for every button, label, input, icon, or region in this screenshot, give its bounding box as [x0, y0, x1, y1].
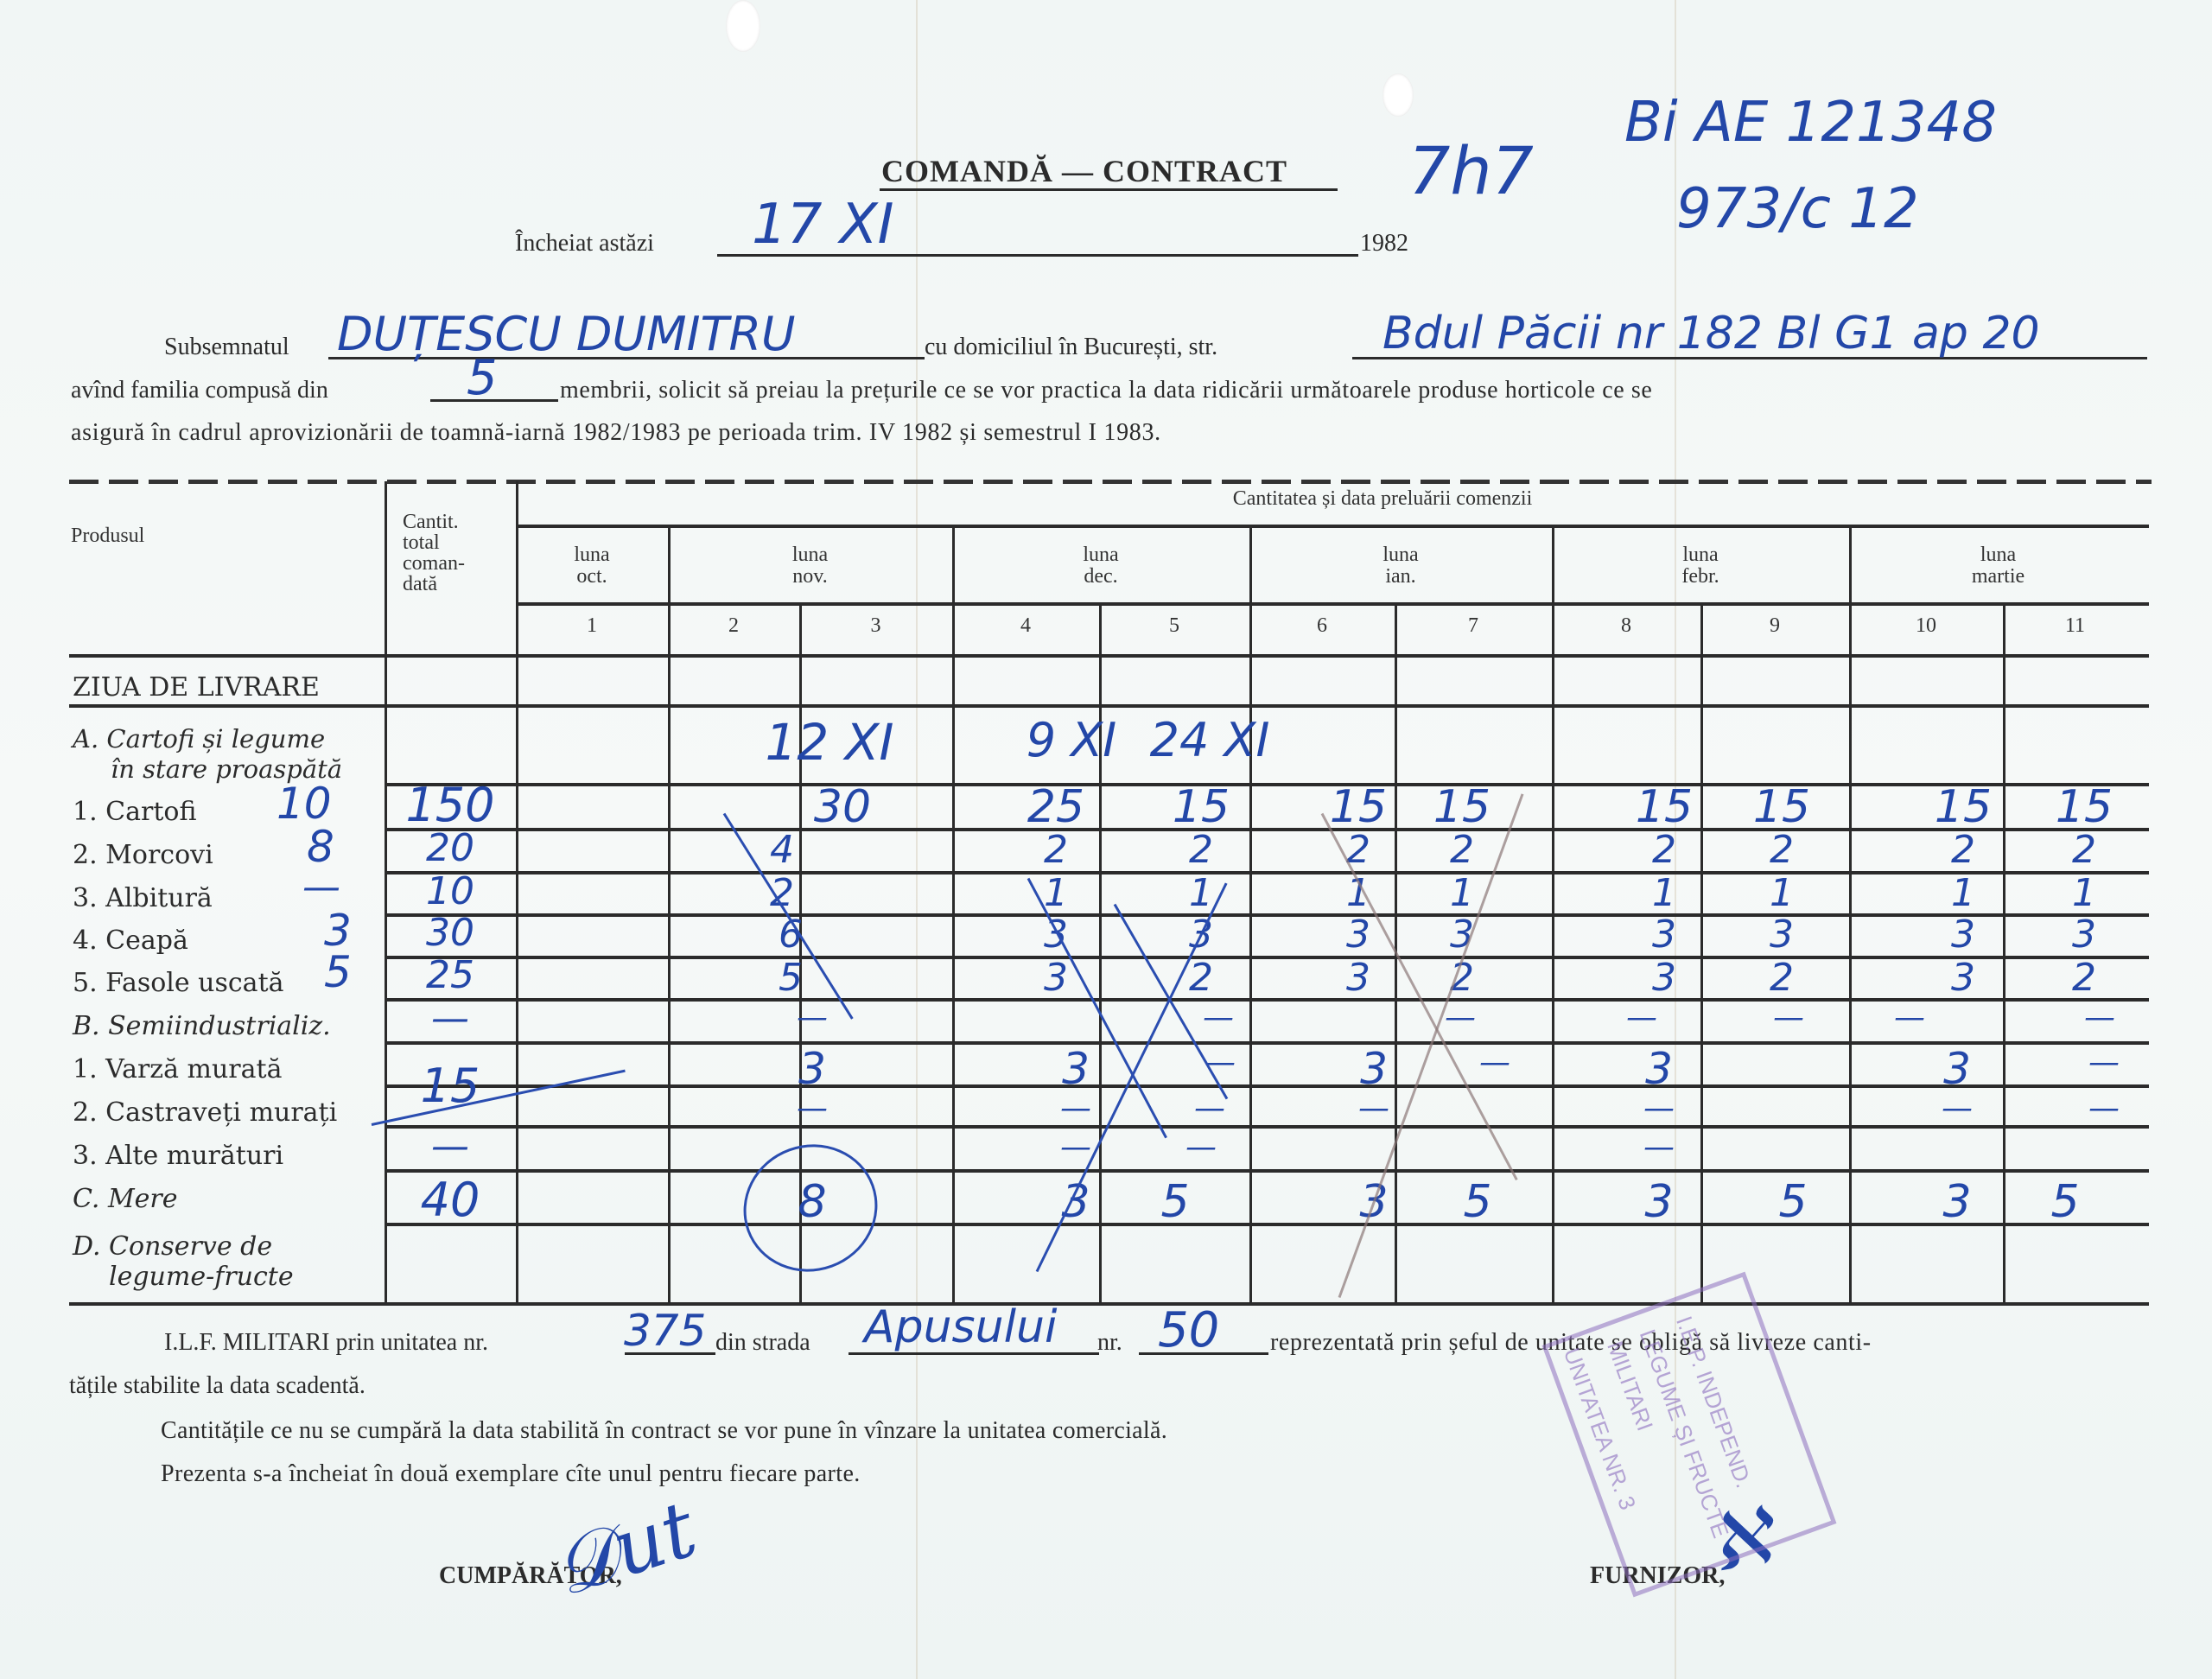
- col-number: 2: [668, 615, 799, 637]
- row-label-albitura: 3. Albitură: [73, 883, 213, 913]
- cell-fasole-11[interactable]: 2: [2048, 959, 2120, 997]
- col-product-header: Produsul: [71, 525, 144, 547]
- cell-morcovi-11[interactable]: 2: [2048, 831, 2120, 869]
- cell-cartofi-6[interactable]: 15: [1322, 785, 1395, 830]
- footer-p3: Prezenta s-a încheiat în două exemplare …: [161, 1462, 861, 1486]
- street-number-field[interactable]: 50: [1158, 1307, 1219, 1355]
- intro-subsemnatul: Subsemnatul: [164, 335, 289, 359]
- cell-albitura-10[interactable]: 1: [1927, 874, 1999, 913]
- cell-albitura-8[interactable]: 1: [1628, 874, 1700, 913]
- annotation-id: Bi AE 121348: [1624, 95, 1997, 150]
- cell-b-5[interactable]: —: [1192, 1002, 1244, 1033]
- month-label: luna: [1249, 544, 1552, 566]
- grid-hline: [385, 1084, 2149, 1088]
- margin-note: 5: [324, 951, 352, 994]
- month-header-line: [516, 525, 2149, 528]
- cell-cartofi-4[interactable]: 25: [1013, 785, 1099, 830]
- cell-b-11[interactable]: —: [2074, 1002, 2126, 1033]
- margin-note: 8: [307, 825, 334, 868]
- cell-varza-6[interactable]: 3: [1348, 1047, 1400, 1091]
- row-label-cartofi: 1. Cartofi: [73, 797, 196, 827]
- footer-nr-label: nr.: [1097, 1331, 1122, 1355]
- footer-p2: Cantitățile ce nu se cumpără la data sta…: [161, 1419, 1167, 1443]
- cell-varza-3[interactable]: 3: [778, 1047, 847, 1091]
- month-label: luna: [952, 544, 1249, 566]
- cell-varza-8[interactable]: 3: [1633, 1047, 1685, 1091]
- cell-fasole-8[interactable]: 3: [1628, 959, 1700, 997]
- total-ceapa[interactable]: 30: [385, 914, 516, 952]
- cell-ceapa-11[interactable]: 3: [2048, 916, 2120, 954]
- total-albitura[interactable]: 10: [385, 873, 516, 911]
- cell-ceapa-9[interactable]: 3: [1745, 916, 1818, 954]
- cell-b-10[interactable]: —: [1884, 1002, 1935, 1033]
- cell-fasole-10[interactable]: 3: [1927, 959, 1999, 997]
- col-total-line: coman-: [403, 553, 465, 574]
- footer-street-label: din strada: [715, 1331, 810, 1355]
- cell-b-3[interactable]: —: [769, 1002, 855, 1033]
- margin-note: —: [302, 868, 340, 906]
- cell-cartofi-10[interactable]: 15: [1927, 785, 1999, 830]
- year: 1982: [1360, 232, 1408, 256]
- cell-fasole-3[interactable]: 5: [747, 959, 834, 997]
- col-total-line: total: [403, 532, 465, 553]
- total-varza[interactable]: 15: [385, 1063, 516, 1110]
- cell-cartofi-3[interactable]: 30: [799, 785, 886, 830]
- cell-varza-10[interactable]: 3: [1931, 1047, 1983, 1091]
- cell-cartofi-5[interactable]: 15: [1158, 785, 1244, 830]
- delivery-date-col3[interactable]: 12 XI: [743, 717, 916, 767]
- cell-morcovi-9[interactable]: 2: [1745, 831, 1818, 869]
- cell-fasole-7[interactable]: 2: [1426, 959, 1498, 997]
- grid-hline: [385, 1125, 2149, 1129]
- margin-note: 10: [276, 782, 332, 825]
- table-top-dashed-border: [69, 480, 2152, 484]
- col-total-line: dată: [403, 574, 465, 595]
- footer-p1-line2: tățile stabilite la data scadentă.: [69, 1374, 365, 1398]
- month-martie: lunamartie: [1849, 544, 2147, 588]
- unit-number-field[interactable]: 375: [624, 1309, 706, 1352]
- row-label-b: B. Semiindustrializ.: [73, 1011, 331, 1041]
- footer-ilf: I.L.F. MILITARI prin unitatea nr.: [164, 1331, 488, 1355]
- grid-hline: [385, 998, 2149, 1002]
- table-bottom-line: [69, 1302, 2149, 1306]
- cell-albitura-5[interactable]: 1: [1158, 874, 1244, 913]
- cell-mere-11[interactable]: 5: [2039, 1180, 2091, 1224]
- delivery-day-label: ZIUA DE LIVRARE: [73, 672, 320, 703]
- month-label: luna: [668, 544, 952, 566]
- cell-mere-7[interactable]: 5: [1452, 1180, 1503, 1224]
- cell-varza-7[interactable]: —: [1469, 1047, 1521, 1078]
- row-label-c: C. Mere: [73, 1184, 178, 1214]
- margin-note: 3: [324, 909, 352, 952]
- grid-hline: [385, 828, 2149, 831]
- month-febr: lunafebr.: [1552, 544, 1849, 588]
- total-mere[interactable]: 40: [385, 1177, 516, 1224]
- month-oct: lunaoct.: [516, 544, 668, 588]
- cell-varza-4[interactable]: 3: [1050, 1047, 1102, 1091]
- col-number: 5: [1099, 615, 1249, 637]
- cell-ceapa-4[interactable]: 3: [1013, 916, 1099, 954]
- col-number: 1: [516, 615, 668, 637]
- cell-morcovi-4[interactable]: 2: [1013, 831, 1099, 869]
- total-fasole[interactable]: 25: [385, 957, 516, 995]
- cell-mere-9[interactable]: 5: [1767, 1180, 1819, 1224]
- grid-hline: [385, 913, 2149, 917]
- row-label-castraveti: 2. Castraveți murați: [73, 1097, 337, 1128]
- cell-b-8[interactable]: —: [1616, 1002, 1668, 1033]
- concluded-date[interactable]: 17 XI: [752, 197, 894, 252]
- punch-hole: [1382, 73, 1414, 117]
- col-number: 3: [799, 615, 952, 637]
- month-name: febr.: [1552, 566, 1849, 588]
- row-label-alte: 3. Alte murături: [73, 1141, 283, 1171]
- row-label-text: A. Cartofi și legume: [73, 724, 325, 754]
- row-label-d: D. Conserve de: [73, 1231, 272, 1262]
- cell-albitura-4[interactable]: 1: [1013, 874, 1099, 913]
- cell-cartofi-11[interactable]: 15: [2048, 785, 2120, 830]
- cell-cartofi-9[interactable]: 15: [1745, 785, 1818, 830]
- cell-castraveti-8[interactable]: —: [1633, 1093, 1685, 1124]
- col-total-header: Cantit. total coman- dată: [403, 512, 465, 595]
- grid-hline: [69, 704, 2149, 708]
- name-field[interactable]: DUȚESCU DUMITRU: [337, 311, 796, 358]
- total-cartofi[interactable]: 150: [385, 782, 516, 829]
- cell-morcovi-7[interactable]: 2: [1426, 831, 1498, 869]
- row-label-d-line2: legume-fructe: [109, 1262, 294, 1292]
- col-number: 11: [2003, 615, 2147, 637]
- month-name: nov.: [668, 566, 952, 588]
- cell-ceapa-8[interactable]: 3: [1628, 916, 1700, 954]
- punch-hole: [726, 0, 760, 52]
- month-name: ian.: [1249, 566, 1552, 588]
- cell-morcovi-8[interactable]: 2: [1628, 831, 1700, 869]
- col-number: 7: [1395, 615, 1552, 637]
- cell-varza-5[interactable]: —: [1194, 1047, 1246, 1078]
- col-total-line: Cantit.: [403, 512, 465, 532]
- grid-hline: [385, 783, 2149, 786]
- month-name: oct.: [516, 566, 668, 588]
- members-field[interactable]: 5: [467, 354, 498, 403]
- grid-hline: [69, 654, 2149, 658]
- grid-hline: [385, 871, 2149, 874]
- cell-alte-8[interactable]: —: [1633, 1132, 1685, 1163]
- intro-line3: asigură în cadrul aprovizionării de toam…: [71, 421, 1161, 445]
- intro-family: avînd familia compusă din: [71, 378, 328, 403]
- cell-mere-10[interactable]: 3: [1931, 1180, 1983, 1224]
- grid-hline: [385, 956, 2149, 959]
- title-underline: [880, 188, 1338, 191]
- total-semiindustrializ[interactable]: —: [385, 1000, 516, 1038]
- cell-ceapa-10[interactable]: 3: [1927, 916, 1999, 954]
- month-ian: lunaian.: [1249, 544, 1552, 588]
- cell-castraveti-11[interactable]: —: [2078, 1093, 2130, 1124]
- cell-alte-4[interactable]: —: [1050, 1132, 1102, 1163]
- cell-varza-11[interactable]: —: [2078, 1047, 2130, 1078]
- month-label: luna: [516, 544, 668, 566]
- cell-mere-8[interactable]: 3: [1633, 1180, 1685, 1224]
- delivery-date-col4[interactable]: 9 XI: [1015, 717, 1128, 764]
- month-label: luna: [1552, 544, 1849, 566]
- col-number: 6: [1249, 615, 1395, 637]
- intro-line2: membrii, solicit să preiau la prețurile …: [560, 378, 1652, 403]
- cell-morcovi-10[interactable]: 2: [1927, 831, 1999, 869]
- row-label-a: A. Cartofi și legume: [73, 724, 325, 754]
- concluded-label: Încheiat astăzi: [515, 232, 654, 256]
- cell-castraveti-10[interactable]: —: [1931, 1093, 1983, 1124]
- address-field[interactable]: Bdul Păcii nr 182 Bl G1 ap 20: [1382, 311, 2040, 356]
- cell-ceapa-6[interactable]: 3: [1322, 916, 1395, 954]
- cell-cartofi-7[interactable]: 15: [1426, 785, 1498, 830]
- document-title: COMANDĂ — CONTRACT: [881, 156, 1287, 187]
- cell-castraveti-6[interactable]: —: [1348, 1093, 1400, 1124]
- row-label-morcovi: 2. Morcovi: [73, 840, 213, 870]
- delivery-date-col5[interactable]: 24 XI: [1141, 717, 1279, 764]
- total-alte[interactable]: —: [385, 1128, 516, 1166]
- street-field[interactable]: Apusului: [864, 1305, 1057, 1350]
- grid-hline: [385, 1169, 2149, 1173]
- cell-cartofi-8[interactable]: 15: [1628, 785, 1700, 830]
- row-label-ceapa: 4. Ceapă: [73, 925, 188, 956]
- cell-castraveti-4[interactable]: —: [1050, 1093, 1102, 1124]
- cell-morcovi-3[interactable]: 4: [739, 831, 825, 869]
- cell-mere-5[interactable]: 5: [1149, 1180, 1201, 1224]
- col-number: 8: [1552, 615, 1700, 637]
- col-number: 10: [1849, 615, 2003, 637]
- grid-hline: [385, 1223, 2149, 1226]
- cell-albitura-11[interactable]: 1: [2048, 874, 2120, 913]
- cell-castraveti-3[interactable]: —: [778, 1093, 847, 1124]
- cell-fasole-6[interactable]: 3: [1322, 959, 1395, 997]
- annotation-code: 7h7: [1408, 138, 1534, 204]
- cell-morcovi-5[interactable]: 2: [1158, 831, 1244, 869]
- month-name: martie: [1849, 566, 2147, 588]
- cell-b-9[interactable]: —: [1763, 1002, 1815, 1033]
- grid-hline: [385, 1041, 2149, 1045]
- row-label-varza: 1. Varză murată: [73, 1054, 282, 1084]
- annotation-ref: 973/c 12: [1676, 181, 1919, 237]
- cell-alte-5[interactable]: —: [1175, 1132, 1227, 1163]
- month-name: dec.: [952, 566, 1249, 588]
- colnum-header-line: [516, 602, 2149, 606]
- intro-domicile: cu domiciliul în București, str.: [925, 335, 1217, 359]
- group-header: Cantitatea și data preluării comenzii: [1037, 488, 1728, 510]
- grid-vline: [516, 481, 518, 1305]
- total-morcovi[interactable]: 20: [385, 830, 516, 868]
- cell-fasole-9[interactable]: 2: [1745, 959, 1818, 997]
- col-number: 9: [1700, 615, 1849, 637]
- row-label-fasole: 5. Fasole uscată: [73, 968, 284, 998]
- col-number: 4: [952, 615, 1099, 637]
- cell-albitura-9[interactable]: 1: [1745, 874, 1818, 913]
- cell-ceapa-7[interactable]: 3: [1426, 916, 1498, 954]
- month-label: luna: [1849, 544, 2147, 566]
- month-nov: lunanov.: [668, 544, 952, 588]
- month-dec: lunadec.: [952, 544, 1249, 588]
